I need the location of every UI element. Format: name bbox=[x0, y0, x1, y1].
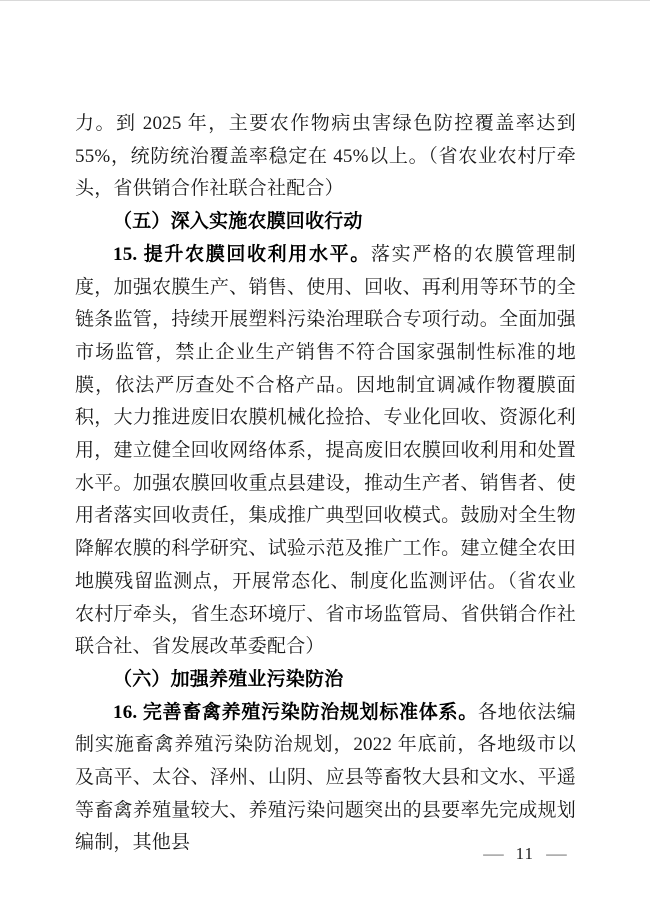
document-page: 力。到 2025 年，主要农作物病虫害绿色防控覆盖率达到 55%，统防统治覆盖率… bbox=[0, 0, 650, 919]
scan-edge-line bbox=[0, 0, 650, 1]
footer-dash-left: — bbox=[483, 843, 503, 865]
footer-dash-right: — bbox=[546, 843, 566, 865]
paragraph-item-15: 15. 提升农膜回收利用水平。落实严格的农膜管理制度，加强农膜生产、销售、使用、… bbox=[75, 239, 576, 664]
paragraph-text: 各地依法编制实施畜禽养殖污染防治规划，2022 年底前，各地级市以及高平、太谷、… bbox=[75, 702, 576, 854]
item-number-and-title: 16. 完善畜禽养殖污染防治规划标准体系。 bbox=[113, 702, 478, 723]
section-heading-text: （五）深入实施农膜回收行动 bbox=[113, 211, 363, 232]
section-heading-text: （六）加强养殖业污染防治 bbox=[113, 669, 343, 690]
page-number: 11 bbox=[516, 843, 534, 865]
paragraph-item-16: 16. 完善畜禽养殖污染防治规划标准体系。各地依法编制实施畜禽养殖污染防治规划，… bbox=[75, 697, 576, 861]
section-heading-5: （五）深入实施农膜回收行动 bbox=[75, 206, 576, 239]
section-heading-6: （六）加强养殖业污染防治 bbox=[75, 664, 576, 697]
document-body: 力。到 2025 年，主要农作物病虫害绿色防控覆盖率达到 55%，统防统治覆盖率… bbox=[75, 108, 576, 860]
paragraph-continuation: 力。到 2025 年，主要农作物病虫害绿色防控覆盖率达到 55%，统防统治覆盖率… bbox=[75, 108, 576, 206]
paragraph-text: 落实严格的农膜管理制度，加强农膜生产、销售、使用、回收、再利用等环节的全链条监管… bbox=[75, 244, 576, 657]
paragraph-text: 力。到 2025 年，主要农作物病虫害绿色防控覆盖率达到 55%，统防统治覆盖率… bbox=[75, 113, 576, 199]
item-number-and-title: 15. 提升农膜回收利用水平。 bbox=[113, 244, 371, 265]
page-footer: — 11 — bbox=[485, 843, 565, 865]
